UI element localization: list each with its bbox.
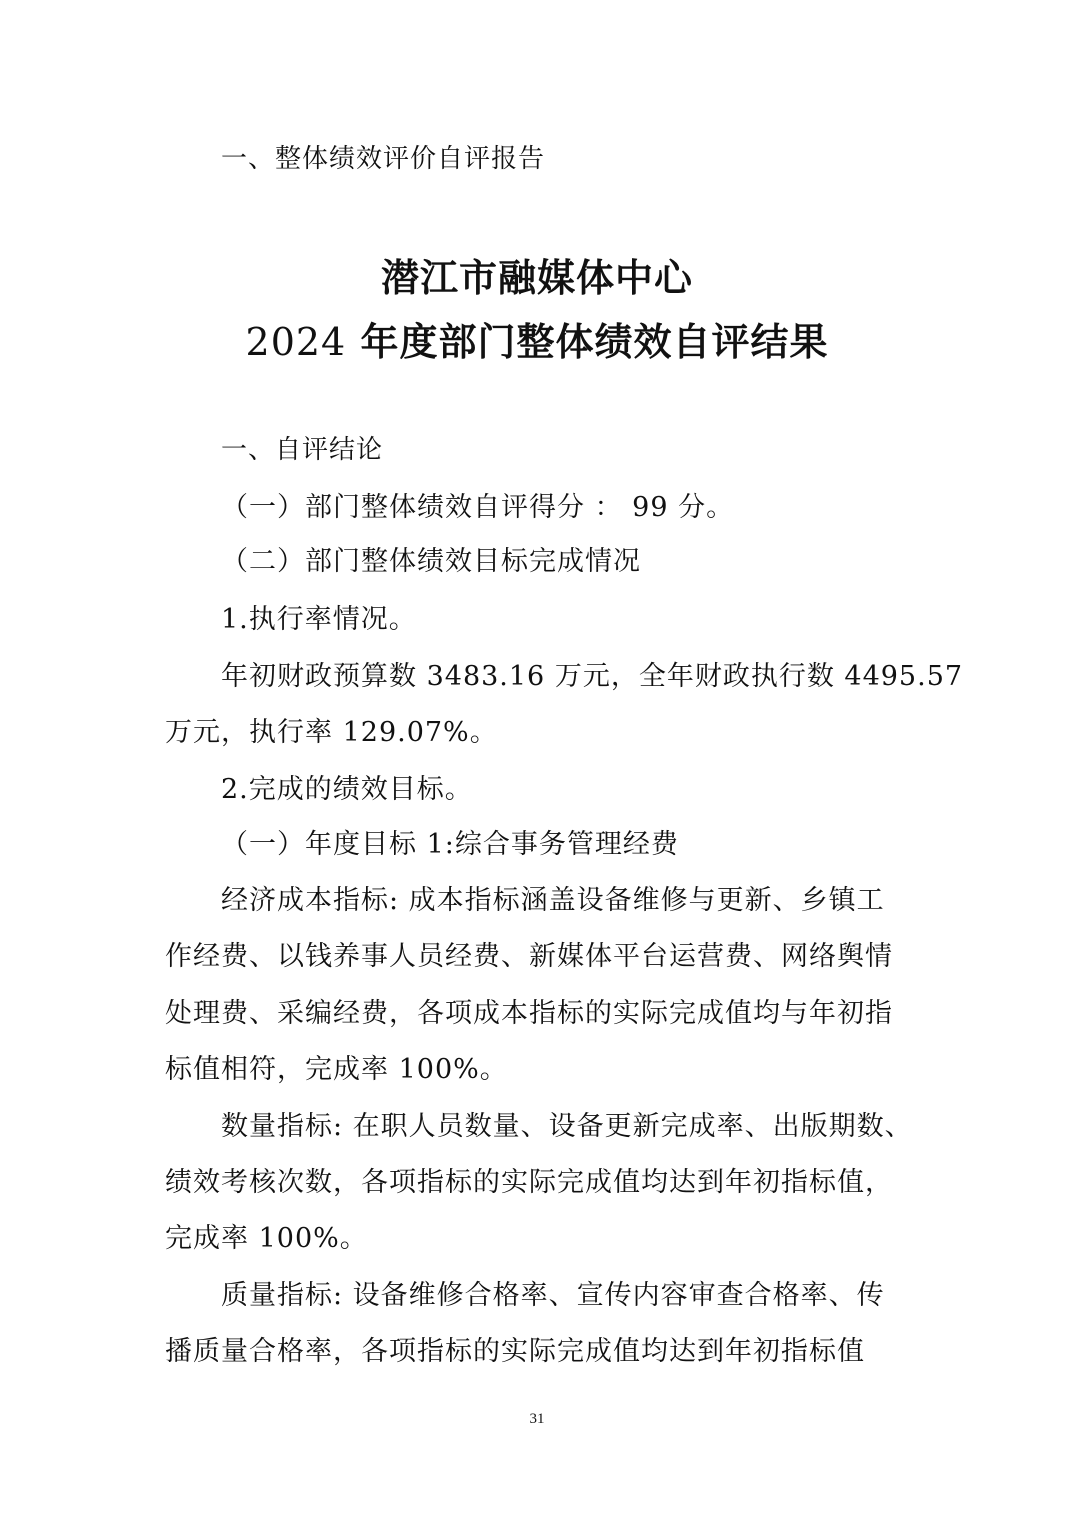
targets-completion-line: （二）部门整体绩效目标完成情况 bbox=[221, 545, 641, 579]
quantity-line1: 数量指标: 在职人员数量、设备更新完成率、出版期数、 bbox=[221, 1110, 913, 1144]
economic-cost-line2: 作经费、以钱养事人员经费、新媒体平台运营费、网络舆情 bbox=[165, 940, 893, 974]
self-score-line: （一）部门整体绩效自评得分 ： 99 分。 bbox=[221, 491, 734, 525]
quality-line2: 播质量合格率，各项指标的实际完成值均达到年初指标值 bbox=[165, 1335, 865, 1369]
execution-text-line2: 万元，执行率 129.07%。 bbox=[165, 716, 498, 750]
document-title-line2: 2024 年度部门整体绩效自评结果 bbox=[0, 318, 1074, 366]
economic-cost-line4: 标值相符，完成率 100%。 bbox=[165, 1053, 508, 1087]
title-rest: 年度部门整体绩效自评结果 bbox=[346, 319, 828, 364]
goal1-heading: （一）年度目标 1:综合事务管理经费 bbox=[221, 828, 679, 862]
quantity-line2: 绩效考核次数，各项指标的实际完成值均达到年初指标值， bbox=[165, 1166, 893, 1200]
section-heading: 一、整体绩效评价自评报告 bbox=[221, 142, 545, 176]
execution-rate-heading: 1.执行率情况。 bbox=[221, 603, 417, 637]
economic-cost-line1: 经济成本指标: 成本指标涵盖设备维修与更新、乡镇工 bbox=[221, 884, 885, 918]
conclusion-heading: 一、自评结论 bbox=[221, 433, 383, 467]
title-year: 2024 bbox=[246, 320, 347, 364]
economic-cost-line3: 处理费、采编经费，各项成本指标的实际完成值均与年初指 bbox=[165, 997, 893, 1031]
execution-text-line1: 年初财政预算数 3483.16 万元，全年财政执行数 4495.57 bbox=[221, 660, 963, 694]
quantity-line3: 完成率 100%。 bbox=[165, 1222, 368, 1256]
document-page: 一、整体绩效评价自评报告 潜江市融媒体中心 2024 年度部门整体绩效自评结果 … bbox=[0, 0, 1074, 1520]
page-number: 31 bbox=[0, 1411, 1074, 1428]
document-title-line1: 潜江市融媒体中心 bbox=[0, 254, 1074, 302]
goals-heading: 2.完成的绩效目标。 bbox=[221, 773, 473, 807]
quality-line1: 质量指标: 设备维修合格率、宣传内容审查合格率、传 bbox=[221, 1279, 885, 1313]
